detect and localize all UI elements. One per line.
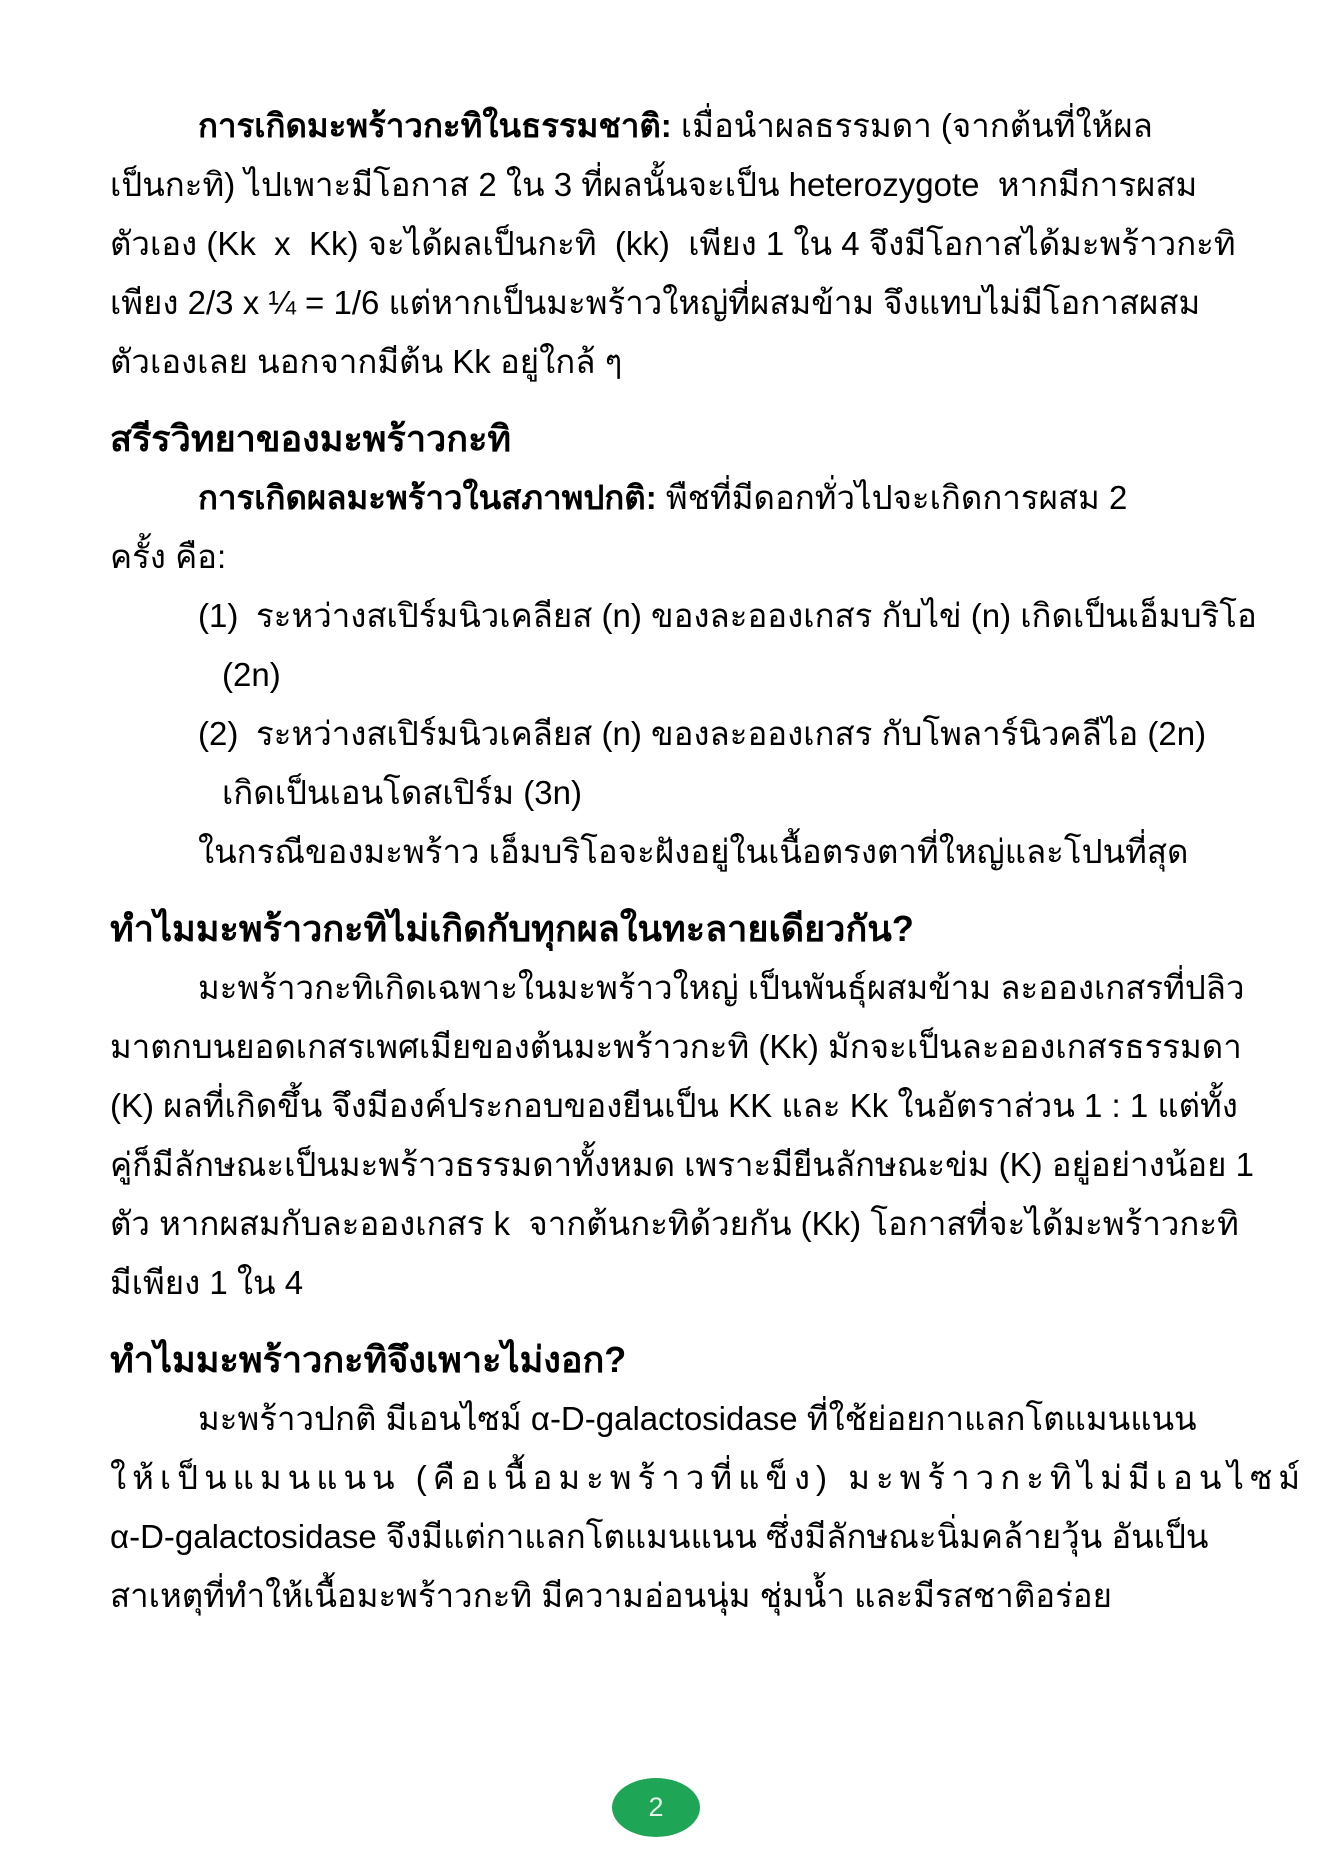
text-line: มาตกบนยอดเกสรเพศเมียของต้นมะพร้าวกะทิ (K…	[110, 1017, 1210, 1076]
section-heading-why-not-germinate: ทำไมมะพร้าวกะทิจึงเพาะไม่งอก?	[110, 1330, 1210, 1389]
paragraph-natural-occurrence: การเกิดมะพร้าวกะทิในธรรมชาติ: เมื่อนำผลธ…	[110, 96, 1210, 391]
text-run: พืชที่มีดอกทั่วไปจะเกิดการผสม 2	[657, 479, 1128, 516]
text-line: ตัวเอง (Kk x Kk) จะได้ผลเป็นกะทิ (kk) เพ…	[110, 214, 1210, 273]
list-item-text: ระหว่างสเปิร์มนิวเคลียส (n) ของละอองเกสร…	[256, 704, 1210, 763]
text-line: ให้เป็นแมนแนน (คือเนื้อมะพร้าวที่แข็ง) ม…	[110, 1448, 1210, 1507]
page-number-badge: 2	[612, 1778, 700, 1837]
note-line-embryo: ในกรณีของมะพร้าว เอ็มบริโอจะฝังอยู่ในเนื…	[110, 822, 1210, 881]
list-item-number: (2)	[198, 704, 256, 763]
text-line: การเกิดมะพร้าวกะทิในธรรมชาติ: เมื่อนำผลธ…	[110, 96, 1210, 155]
paragraph-normal-fruit-formation: การเกิดผลมะพร้าวในสภาพปกติ: พืชที่มีดอกท…	[110, 468, 1210, 586]
text-line: คู่ก็มีลักษณะเป็นมะพร้าวธรรมดาทั้งหมด เพ…	[110, 1135, 1210, 1194]
list-item-2: (2)ระหว่างสเปิร์มนิวเคลียส (n) ของละอองเ…	[110, 704, 1210, 763]
paragraph-cross-pollination: มะพร้าวกะทิเกิดเฉพาะในมะพร้าวใหญ่ เป็นพั…	[110, 958, 1210, 1312]
text-line: เป็นกะทิ) ไปเพาะมีโอกาส 2 ใน 3 ที่ผลนั้น…	[110, 155, 1210, 214]
text-line: ตัว หากผสมกับละอองเกสร k จากต้นกะทิด้วยก…	[110, 1194, 1210, 1253]
text-line: มีเพียง 1 ใน 4	[110, 1253, 1210, 1312]
paragraph-enzyme: มะพร้าวปกติ มีเอนไซม์ α-D-galactosidase …	[110, 1389, 1210, 1625]
page-content: การเกิดมะพร้าวกะทิในธรรมชาติ: เมื่อนำผลธ…	[110, 96, 1210, 1625]
text-line: ตัวเองเลย นอกจากมีต้น Kk อยู่ใกล้ ๆ	[110, 332, 1210, 391]
text-line: มะพร้าวกะทิเกิดเฉพาะในมะพร้าวใหญ่ เป็นพั…	[110, 958, 1210, 1017]
list-item-1: (1)ระหว่างสเปิร์มนิวเคลียส (n) ของละอองเ…	[110, 586, 1210, 645]
text-line: ครั้ง คือ:	[110, 527, 1210, 586]
paragraph-lead-bold: การเกิดผลมะพร้าวในสภาพปกติ:	[198, 479, 657, 516]
list-item-continuation: (2n)	[110, 645, 1210, 704]
paragraph-lead-bold: การเกิดมะพร้าวกะทิในธรรมชาติ:	[198, 107, 672, 144]
text-line: (K) ผลที่เกิดขึ้น จึงมีองค์ประกอบของยีนเ…	[110, 1076, 1210, 1135]
section-heading-physiology: สรีรวิทยาของมะพร้าวกะทิ	[110, 409, 1210, 468]
section-heading-why-not-all-fruits: ทำไมมะพร้าวกะทิไม่เกิดกับทุกผลในทะลายเดี…	[110, 899, 1210, 958]
page-number: 2	[648, 1792, 663, 1823]
numbered-list: (1)ระหว่างสเปิร์มนิวเคลียส (n) ของละอองเ…	[110, 586, 1210, 822]
text-line: มะพร้าวปกติ มีเอนไซม์ α-D-galactosidase …	[110, 1389, 1210, 1448]
text-line: สาเหตุที่ทำให้เนื้อมะพร้าวกะทิ มีความอ่อ…	[110, 1566, 1210, 1625]
list-item-text: ระหว่างสเปิร์มนิวเคลียส (n) ของละอองเกสร…	[256, 586, 1257, 645]
document-page: การเกิดมะพร้าวกะทิในธรรมชาติ: เมื่อนำผลธ…	[0, 0, 1317, 1867]
list-item-continuation: เกิดเป็นเอนโดสเปิร์ม (3n)	[110, 763, 1210, 822]
text-line: การเกิดผลมะพร้าวในสภาพปกติ: พืชที่มีดอกท…	[110, 468, 1210, 527]
text-run: เมื่อนำผลธรรมดา (จากต้นที่ให้ผล	[672, 107, 1153, 144]
text-line: เพียง 2/3 x ¼ = 1/6 แต่หากเป็นมะพร้าวใหญ…	[110, 273, 1210, 332]
text-line: α-D-galactosidase จึงมีแต่กาแลกโตแมนแนน …	[110, 1507, 1210, 1566]
list-item-number: (1)	[198, 586, 256, 645]
